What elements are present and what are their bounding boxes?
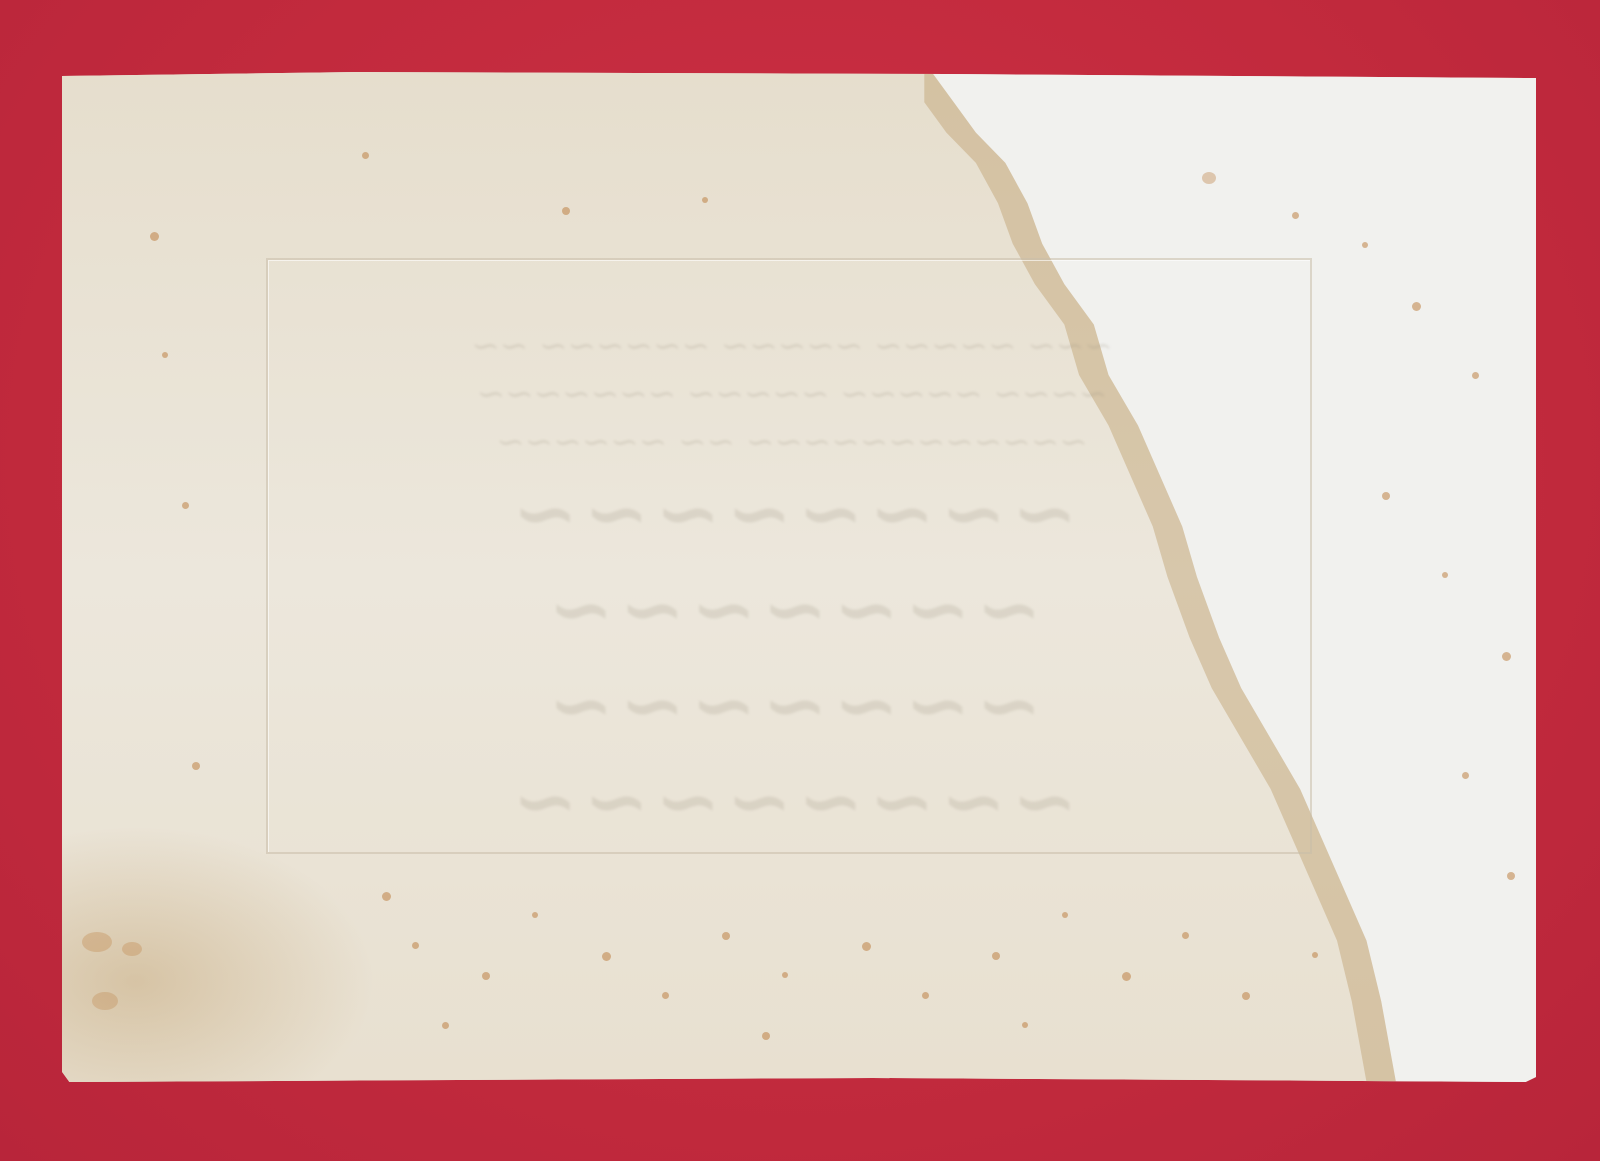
show-through-line: ~~~~~~~ ~~~~~~~~ [342,658,1242,850]
show-through-line: ~~~~ ~~~~~ ~~~~~ ~~~~~~~ [342,370,1242,418]
show-through-line: ~~~~~~~~~~~~ ~~ ~~~~~~ [342,418,1242,466]
show-through-line: ~~~~~~~~ ~~~~~~~ [342,466,1242,658]
show-through-line: ~~~ ~~~~~ ~~~~~ ~~~~~~ ~~ [342,322,1242,370]
mirrored-show-through-text: ~~~ ~~~~~ ~~~~~ ~~~~~~ ~~ ~~~~ ~~~~~ ~~~… [342,322,1242,850]
aged-paper-sheet: ~~~ ~~~~~ ~~~~~ ~~~~~~ ~~ ~~~~ ~~~~~ ~~~… [62,72,1536,1082]
